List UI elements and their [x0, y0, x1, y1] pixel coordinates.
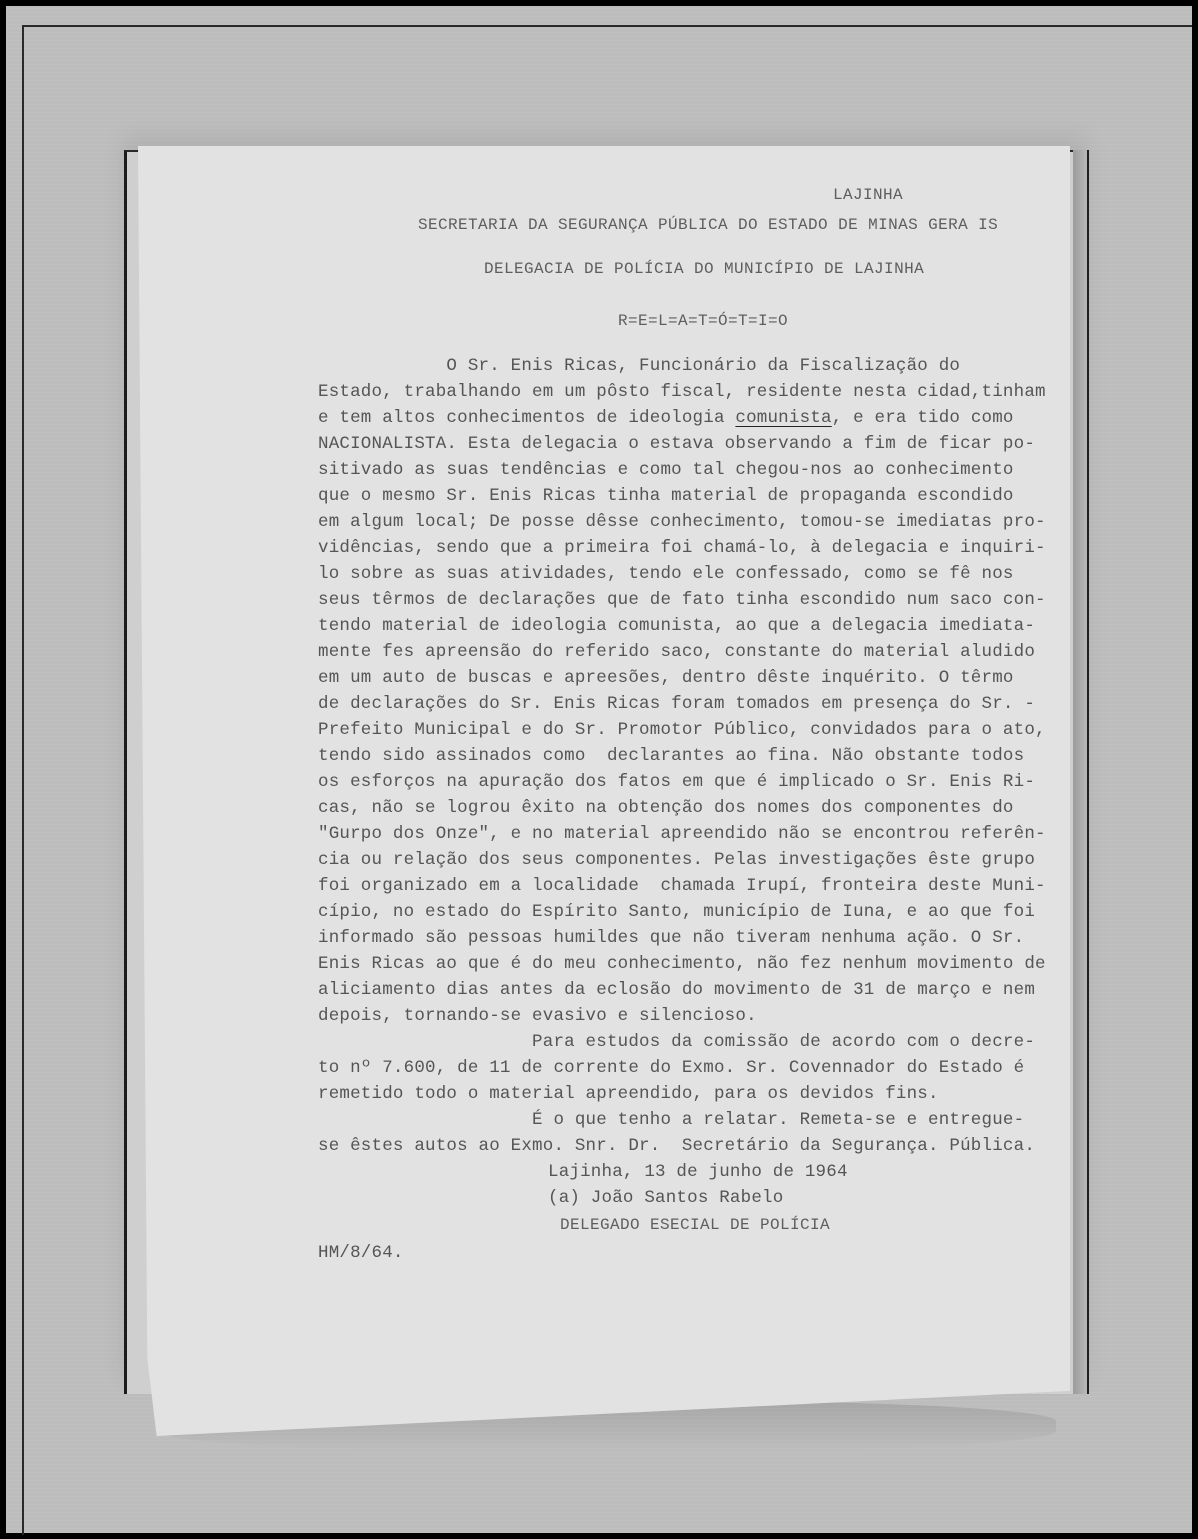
- body-line-28: to nº 7.600, de 11 de corrente do Exmo. …: [318, 1055, 1024, 1081]
- underlined-word: comunista: [735, 408, 831, 428]
- body-line-3: e tem altos conhecimentos de ideologia c…: [318, 405, 1014, 431]
- body-line-16: tendo sido assinados como declarantes ao…: [318, 743, 1024, 769]
- body-line-17: os esforços na apuração dos fatos em que…: [318, 769, 1035, 795]
- body-line-13: em um auto de buscas e apreesões, dentro…: [318, 665, 1014, 691]
- body-line-23: informado são pessoas humildes que não t…: [318, 925, 1024, 951]
- body-line-26: depois, tornando-se evasivo e silencioso…: [318, 1003, 757, 1029]
- body-line-18: cas, não se logrou êxito na obtenção dos…: [318, 795, 1014, 821]
- body-line-3-tail: , e era tido como: [832, 408, 1014, 428]
- body-line-3-head: e tem altos conhecimentos de ideologia: [318, 408, 735, 428]
- body-line-29: remetido todo o material apreendido, par…: [318, 1081, 939, 1107]
- reference-code: HM/8/64.: [318, 1240, 404, 1266]
- body-line-1: O Sr. Enis Ricas, Funcionário da Fiscali…: [318, 353, 960, 379]
- body-line-27: Para estudos da comissão de acordo com o…: [318, 1029, 1035, 1055]
- body-line-11: tendo material de ideologia comunista, a…: [318, 613, 1035, 639]
- document-type-title: R=E=L=A=T=Ó=T=I=O: [618, 308, 788, 334]
- body-line-10: seus têrmos de declarações que de fato t…: [318, 587, 1046, 613]
- body-line-31: se êstes autos ao Exmo. Snr. Dr. Secretá…: [318, 1133, 1035, 1159]
- body-line-9: lo sobre as suas atividades, tendo ele c…: [318, 561, 1014, 587]
- body-line-2: Estado, trabalhando em um pôsto fiscal, …: [318, 379, 1046, 405]
- body-line-20: cia ou relação dos seus componentes. Pel…: [318, 847, 1035, 873]
- header-city: LAJINHA: [833, 182, 903, 208]
- body-line-8: vidências, sendo que a primeira foi cham…: [318, 535, 1046, 561]
- body-line-7: em algum local; De posse dêsse conhecime…: [318, 509, 1046, 535]
- body-line-6: que o mesmo Sr. Enis Ricas tinha materia…: [318, 483, 1014, 509]
- header-secretariat: SECRETARIA DA SEGURANÇA PÚBLICA DO ESTAD…: [418, 212, 998, 238]
- body-line-12: mente fes apreensão do referido saco, co…: [318, 639, 1035, 665]
- body-line-19: "Gurpo dos Onze", e no material apreendi…: [318, 821, 1046, 847]
- body-line-21: foi organizado em a localidade chamada I…: [318, 873, 1046, 899]
- body-line-30: É o que tenho a relatar. Remeta-se e ent…: [318, 1107, 1024, 1133]
- place-date: Lajinha, 13 de junho de 1964: [548, 1159, 848, 1185]
- body-line-22: cípio, no estado do Espírito Santo, muni…: [318, 899, 1035, 925]
- header-office: DELEGACIA DE POLÍCIA DO MUNICÍPIO DE LAJ…: [484, 256, 924, 282]
- body-line-14: de declarações do Sr. Enis Ricas foram t…: [318, 691, 1035, 717]
- signatory-title: DELEGADO ESECIAL DE POLÍCIA: [560, 1212, 830, 1238]
- board-right-edge: [1073, 150, 1089, 1394]
- body-line-24: Enis Ricas ao que é do meu conhecimento,…: [318, 951, 1046, 977]
- body-line-4: NACIONALISTA. Esta delegacia o estava ob…: [318, 431, 1035, 457]
- signature: (a) João Santos Rabelo: [548, 1185, 783, 1211]
- body-line-25: aliciamento dias antes da eclosão do mov…: [318, 977, 1035, 1003]
- body-line-5: sitivado as suas tendências e como tal c…: [318, 457, 1014, 483]
- body-line-15: Prefeito Municipal e do Sr. Promotor Púb…: [318, 717, 1046, 743]
